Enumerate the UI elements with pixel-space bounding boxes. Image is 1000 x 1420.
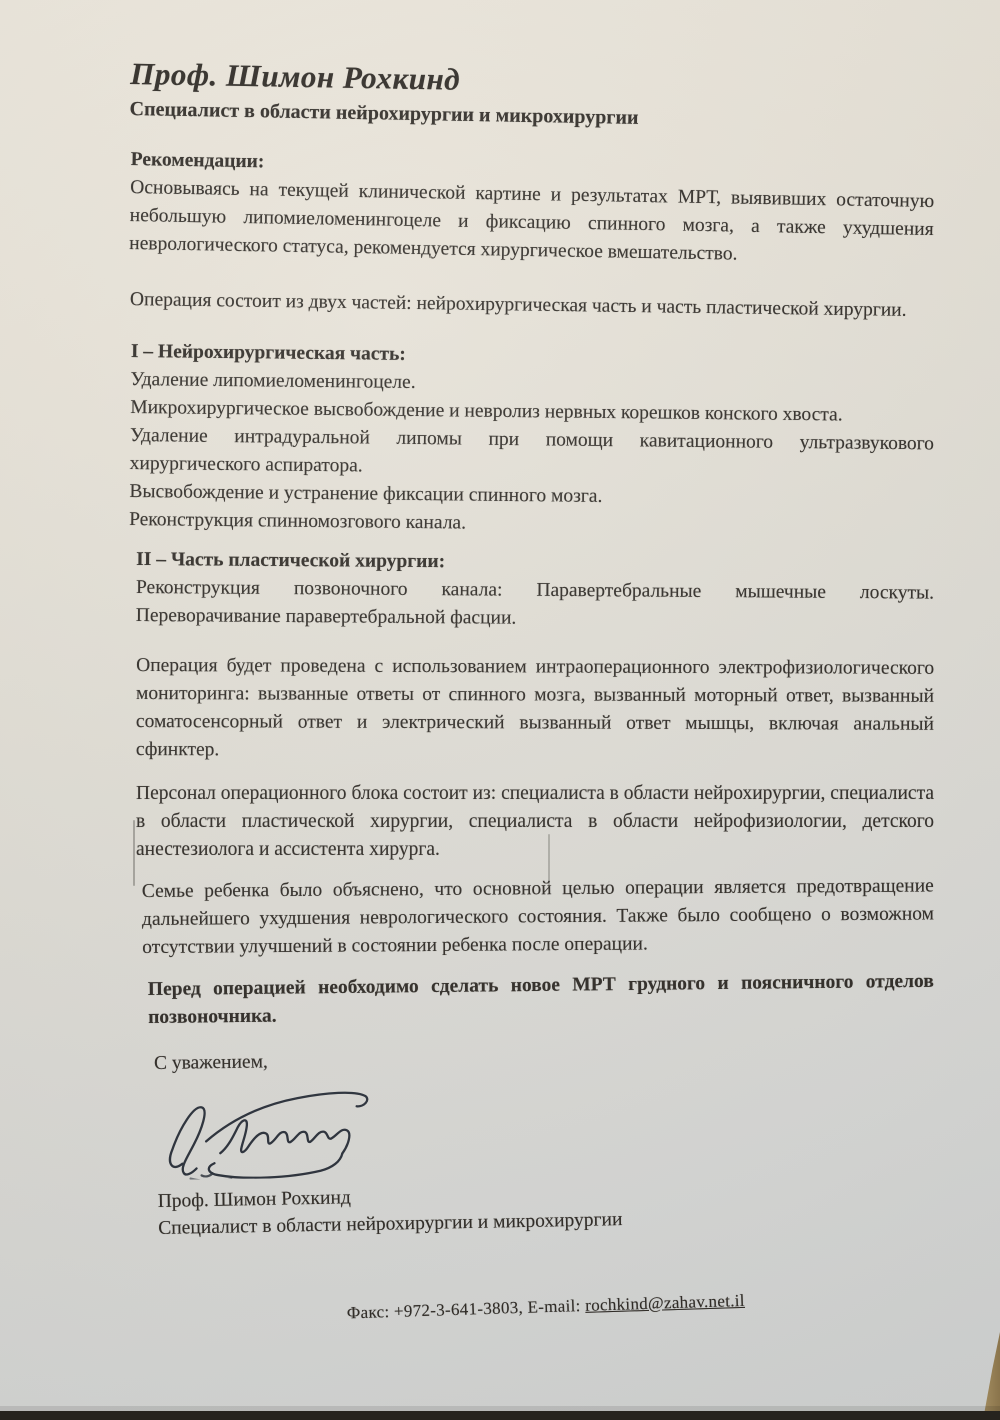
letterhead: Проф. Шимон Рохкинд Специалист в области… bbox=[129, 56, 934, 136]
section-1-item: Удаление интрадуральной липомы при помощ… bbox=[130, 422, 935, 486]
photographed-letter-page: Проф. Шимон Рохкинд Специалист в области… bbox=[0, 0, 1000, 1420]
handwritten-signature bbox=[159, 1081, 385, 1180]
paper-crease-left bbox=[133, 820, 135, 886]
fax-contact-text: Факс: +972-3-641-3803, E-mail: bbox=[347, 1296, 581, 1322]
paper-crease-right bbox=[548, 834, 550, 888]
section-2-body: Реконструкция позвоночного канала: Парав… bbox=[136, 574, 934, 636]
section-1-neurosurgical: I – Нейрохирургическая часть: Удаление л… bbox=[129, 338, 935, 542]
family-note-paragraph: Семье ребенка было объяснено, что основн… bbox=[142, 872, 935, 962]
signatory-block: Проф. Шимон Рохкинд Специалист в области… bbox=[157, 1173, 934, 1242]
mri-requirement-paragraph: Перед операцией необходимо сделать новое… bbox=[148, 968, 935, 1032]
footer-contact-line: Факс: +972-3-641-3803, E-mail: rochkind@… bbox=[0, 1283, 1000, 1334]
monitoring-paragraph: Операция будет проведена с использование… bbox=[136, 652, 934, 767]
signature-ink bbox=[159, 1081, 385, 1180]
photo-bottom-edge bbox=[0, 1411, 1000, 1420]
email-text: rochkind@zahav.net.il bbox=[585, 1291, 745, 1315]
section-2-plastic: II – Часть пластической хирургии: Реконс… bbox=[136, 546, 935, 636]
operation-overview-paragraph: Операция состоит из двух частей: нейрохи… bbox=[130, 286, 934, 325]
closing-line: С уважением, bbox=[154, 1039, 934, 1078]
recommendations-block: Рекомендации: Основываясь на текущей кли… bbox=[129, 146, 935, 272]
personnel-paragraph: Персонал операционного блока состоит из:… bbox=[136, 780, 934, 864]
recommendations-paragraph: Основываясь на текущей клинической карти… bbox=[129, 174, 934, 272]
letter-content: Проф. Шимон Рохкинд Специалист в области… bbox=[0, 0, 1000, 1242]
